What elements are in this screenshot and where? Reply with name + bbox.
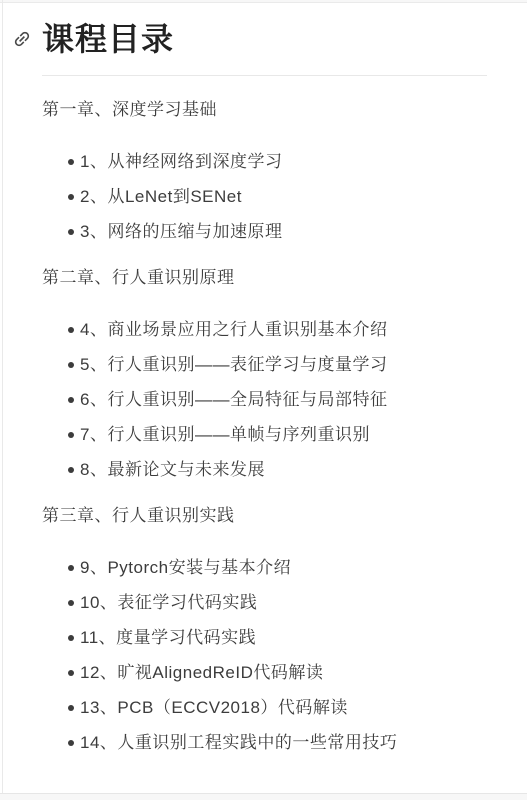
chapter-heading: 第三章、行人重识别实践 bbox=[42, 504, 507, 528]
chapter-heading: 第一章、深度学习基础 bbox=[42, 98, 507, 122]
bullet-icon bbox=[68, 600, 74, 606]
top-edge bbox=[0, 0, 527, 3]
lesson-item: 13、PCB（ECCV2018）代码解读 bbox=[0, 696, 527, 720]
page-header: 课程目录 bbox=[12, 19, 527, 59]
lesson-item: 10、表征学习代码实践 bbox=[0, 591, 527, 615]
lesson-item: 1、从神经网络到深度学习 bbox=[0, 150, 527, 174]
bullet-icon bbox=[68, 194, 74, 200]
lesson-title: 3、网络的压缩与加速原理 bbox=[80, 222, 282, 241]
page-title: 课程目录 bbox=[42, 19, 174, 59]
bottom-edge bbox=[0, 793, 527, 800]
lesson-item: 12、旷视AlignedReID代码解读 bbox=[0, 661, 527, 685]
lesson-title: 8、最新论文与未来发展 bbox=[80, 460, 265, 479]
lesson-list: 4、商业场景应用之行人重识别基本介绍 5、行人重识别——表征学习与度量学习 6、… bbox=[0, 318, 527, 482]
chapter-section-1: 第一章、深度学习基础 1、从神经网络到深度学习 2、从LeNet到SENet 3… bbox=[0, 98, 527, 244]
bullet-icon bbox=[68, 229, 74, 235]
lesson-title: 12、旷视AlignedReID代码解读 bbox=[80, 663, 323, 682]
bullet-icon bbox=[68, 432, 74, 438]
bullet-icon bbox=[68, 327, 74, 333]
lesson-title: 6、行人重识别——全局特征与局部特征 bbox=[80, 390, 387, 409]
lesson-title: 14、人重识别工程实践中的一些常用技巧 bbox=[80, 733, 397, 752]
bullet-icon bbox=[68, 565, 74, 571]
lesson-title: 10、表征学习代码实践 bbox=[80, 593, 257, 612]
lesson-item: 14、人重识别工程实践中的一些常用技巧 bbox=[0, 731, 527, 755]
lesson-title: 11、度量学习代码实践 bbox=[80, 628, 256, 647]
bullet-icon bbox=[68, 670, 74, 676]
bullet-icon bbox=[68, 397, 74, 403]
lesson-title: 5、行人重识别——表征学习与度量学习 bbox=[80, 355, 387, 374]
bullet-icon bbox=[68, 467, 74, 473]
chapter-heading: 第二章、行人重识别原理 bbox=[42, 266, 507, 290]
lesson-title: 9、Pytorch安装与基本介绍 bbox=[80, 558, 291, 577]
course-toc: 第一章、深度学习基础 1、从神经网络到深度学习 2、从LeNet到SENet 3… bbox=[0, 98, 527, 755]
anchor-link[interactable] bbox=[12, 29, 32, 49]
bullet-icon bbox=[68, 635, 74, 641]
lesson-item: 5、行人重识别——表征学习与度量学习 bbox=[0, 353, 527, 377]
bullet-icon bbox=[68, 705, 74, 711]
lesson-title: 4、商业场景应用之行人重识别基本介绍 bbox=[80, 320, 387, 339]
bullet-icon bbox=[68, 740, 74, 746]
lesson-item: 4、商业场景应用之行人重识别基本介绍 bbox=[0, 318, 527, 342]
bullet-icon bbox=[68, 362, 74, 368]
lesson-item: 8、最新论文与未来发展 bbox=[0, 458, 527, 482]
lesson-item: 2、从LeNet到SENet bbox=[0, 185, 527, 209]
bullet-icon bbox=[68, 159, 74, 165]
left-edge-border bbox=[2, 0, 3, 800]
chapter-section-2: 第二章、行人重识别原理 4、商业场景应用之行人重识别基本介绍 5、行人重识别——… bbox=[0, 266, 527, 482]
lesson-item: 11、度量学习代码实践 bbox=[0, 626, 527, 650]
lesson-item: 3、网络的压缩与加速原理 bbox=[0, 220, 527, 244]
lesson-item: 7、行人重识别——单帧与序列重识别 bbox=[0, 423, 527, 447]
lesson-title: 13、PCB（ECCV2018）代码解读 bbox=[80, 698, 348, 717]
lesson-title: 1、从神经网络到深度学习 bbox=[80, 152, 282, 171]
title-divider bbox=[42, 75, 487, 76]
link-icon bbox=[12, 29, 32, 49]
lesson-title: 2、从LeNet到SENet bbox=[80, 187, 242, 206]
chapter-section-3: 第三章、行人重识别实践 9、Pytorch安装与基本介绍 10、表征学习代码实践… bbox=[0, 504, 527, 755]
lesson-list: 1、从神经网络到深度学习 2、从LeNet到SENet 3、网络的压缩与加速原理 bbox=[0, 150, 527, 244]
lesson-title: 7、行人重识别——单帧与序列重识别 bbox=[80, 425, 370, 444]
lesson-list: 9、Pytorch安装与基本介绍 10、表征学习代码实践 11、度量学习代码实践… bbox=[0, 556, 527, 755]
lesson-item: 6、行人重识别——全局特征与局部特征 bbox=[0, 388, 527, 412]
lesson-item: 9、Pytorch安装与基本介绍 bbox=[0, 556, 527, 580]
